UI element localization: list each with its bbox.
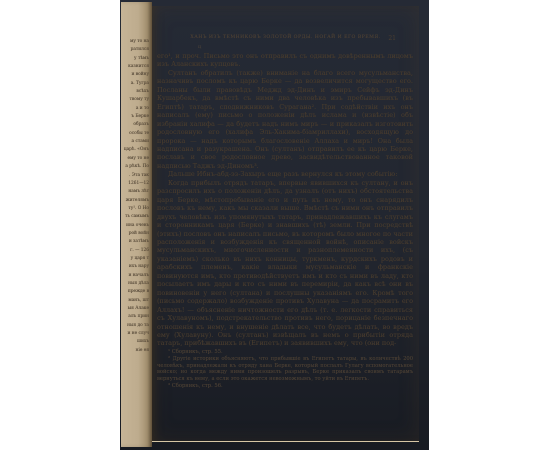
facing-page-edge: му то наратилсяу тѣмъказнитсяи войнуа. Т…: [121, 2, 152, 447]
edge-fragment: ъ Берке: [121, 113, 149, 121]
edge-fragment: ть самымъ: [121, 213, 149, 221]
edge-fragment: му то на: [121, 38, 149, 46]
printers-ink-mark: ц: [198, 44, 201, 50]
fnote: ³ Сборникъ, стр. 56.: [157, 383, 413, 390]
edge-fragment: царѣ. «Онъ: [121, 146, 149, 154]
footnotes: ¹ Сборникъ, стр. 55.² Другіе историки об…: [157, 349, 413, 390]
edge-fragment: ныя до та: [121, 322, 149, 330]
edge-fragment: ему то не: [121, 155, 149, 163]
running-head: ХАНЪ ИЗЪ ТЕМНИКОВЪ ЗОЛОТОЙ ОРДЫ. НОГАЙ И…: [152, 35, 419, 40]
edge-fragment: ту¹. О Но: [121, 205, 149, 213]
para: Когда прибылъ отрядъ татаръ, впервые яви…: [157, 179, 413, 348]
edge-fragment: и не случ: [121, 330, 149, 338]
page-header: ХАНЪ ИЗЪ ТЕМНИКОВЪ ЗОЛОТОЙ ОРДЫ. НОГАЙ И…: [152, 35, 419, 45]
book-photo: му то наратилсяу тѣмъказнитсяи войнуа. Т…: [120, 0, 429, 450]
para: Дальше Ибнъ-абд-эз-Захыръ еще разъ верну…: [157, 170, 413, 178]
edge-fragment: а и то: [121, 105, 149, 113]
fnote: ¹ Сборникъ, стр. 55.: [157, 349, 413, 356]
edge-fragment: особы те: [121, 130, 149, 138]
screenshot-canvas: му то наратилсяу тѣмъказнитсяи войнуа. Т…: [0, 0, 550, 450]
para: его¹, и проч. Письмо это онъ отправилъ с…: [157, 52, 413, 69]
edge-fragment: ныя дѣла: [121, 280, 149, 288]
book-page: ХАНЪ ИЗЪ ТЕМНИКОВЪ ЗОЛОТОЙ ОРДЫ. НОГАЙ И…: [152, 6, 419, 442]
edge-fragment: ихъ нару: [121, 263, 149, 271]
edge-fragment: г. — 126: [121, 247, 149, 255]
edge-fragment: алъ прин: [121, 313, 149, 321]
edge-fragment: всѣхъ: [121, 88, 149, 96]
edge-fragment: у царя т: [121, 255, 149, 263]
fnote: ² Другіе историки объясняютъ, что прибыв…: [157, 356, 413, 383]
edge-fragment: а. Тугра: [121, 80, 149, 88]
edge-fragment: . Эта так: [121, 172, 149, 180]
edge-fragment: образъ: [121, 121, 149, 129]
edge-fragment: ина очень: [121, 222, 149, 230]
edge-fragment: 1261—12: [121, 180, 149, 188]
body-text: его¹, и проч. Письмо это онъ отправилъ с…: [157, 52, 413, 348]
edge-fragment: рой войн: [121, 230, 149, 238]
edge-fragment: и началъ: [121, 272, 149, 280]
edge-fragment: жителямъ: [121, 197, 149, 205]
edge-fragment: твому ту: [121, 96, 149, 104]
edge-fragment: намъ лѣт: [121, 188, 149, 196]
edge-fragment: шихъ: [121, 338, 149, 346]
edge-fragment: а рѣкѣ. По: [121, 163, 149, 171]
edge-fragment: ніе ея: [121, 347, 149, 355]
edge-fragment: казнится: [121, 63, 149, 71]
edge-fragment: а стами: [121, 138, 149, 146]
facing-page-edge-text: му то наратилсяу тѣмъказнитсяи войнуа. Т…: [121, 38, 149, 355]
edge-fragment: у тѣмъ: [121, 55, 149, 63]
edge-fragment: манъ, шт: [121, 297, 149, 305]
edge-fragment: прежде в: [121, 288, 149, 296]
edge-fragment: ыя Алаке: [121, 305, 149, 313]
page-number: 21: [388, 35, 396, 42]
edge-fragment: и затѣмъ: [121, 238, 149, 246]
para: Султанъ обратилъ (также) вниманіе на бла…: [157, 69, 413, 170]
edge-fragment: ратился: [121, 46, 149, 54]
edge-fragment: и войну: [121, 71, 149, 79]
